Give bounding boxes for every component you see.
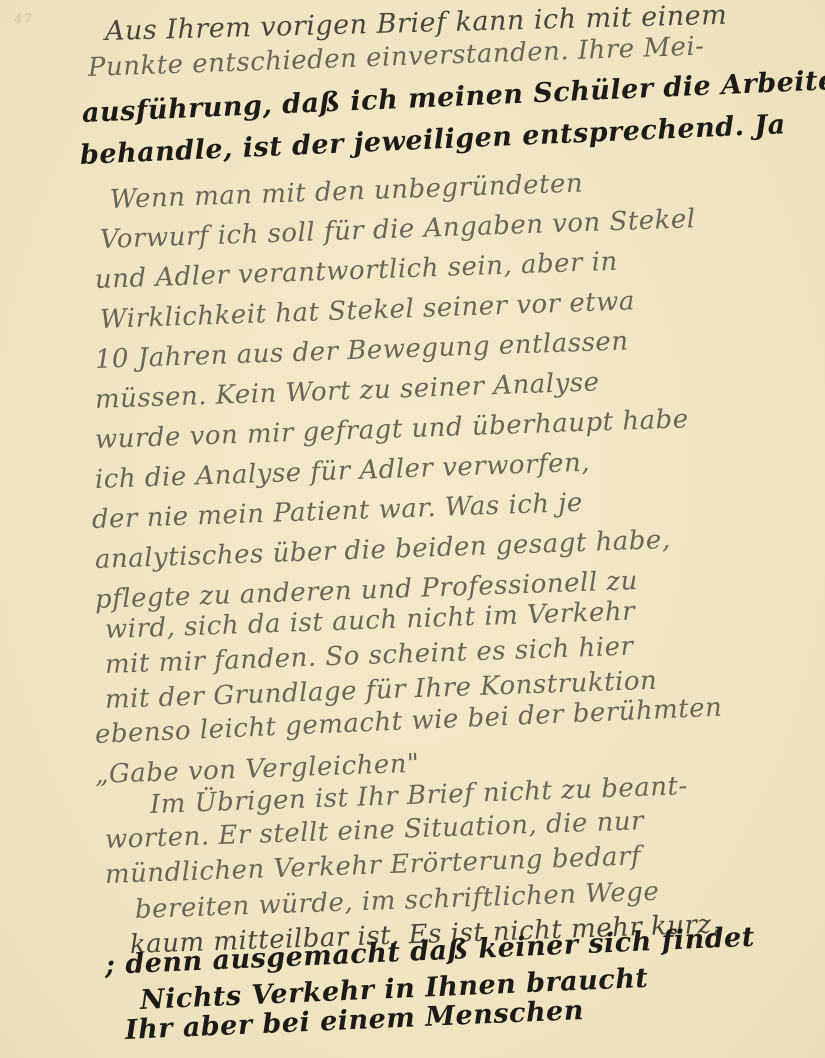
letter-line: Wenn man mit den unbegründeten — [109, 168, 583, 215]
folio-number: 47 — [14, 12, 33, 27]
letter-line: und Adler verantwortlich sein, aber in — [94, 247, 618, 295]
letter-line: müssen. Kein Wort zu seiner Analyse — [94, 367, 600, 415]
letter-line: 10 Jahren aus der Bewegung entlassen — [94, 326, 629, 375]
letter-line: ich die Analyse für Adler verworfen, — [94, 448, 590, 495]
letter-line: der nie mein Patient war. Was ich je — [91, 488, 583, 535]
letter-page: 47 Aus Ihrem vorigen Brief kann ich mit … — [0, 0, 825, 1058]
letter-line: Wirklichkeit hat Stekel seiner vor etwa — [99, 286, 635, 335]
